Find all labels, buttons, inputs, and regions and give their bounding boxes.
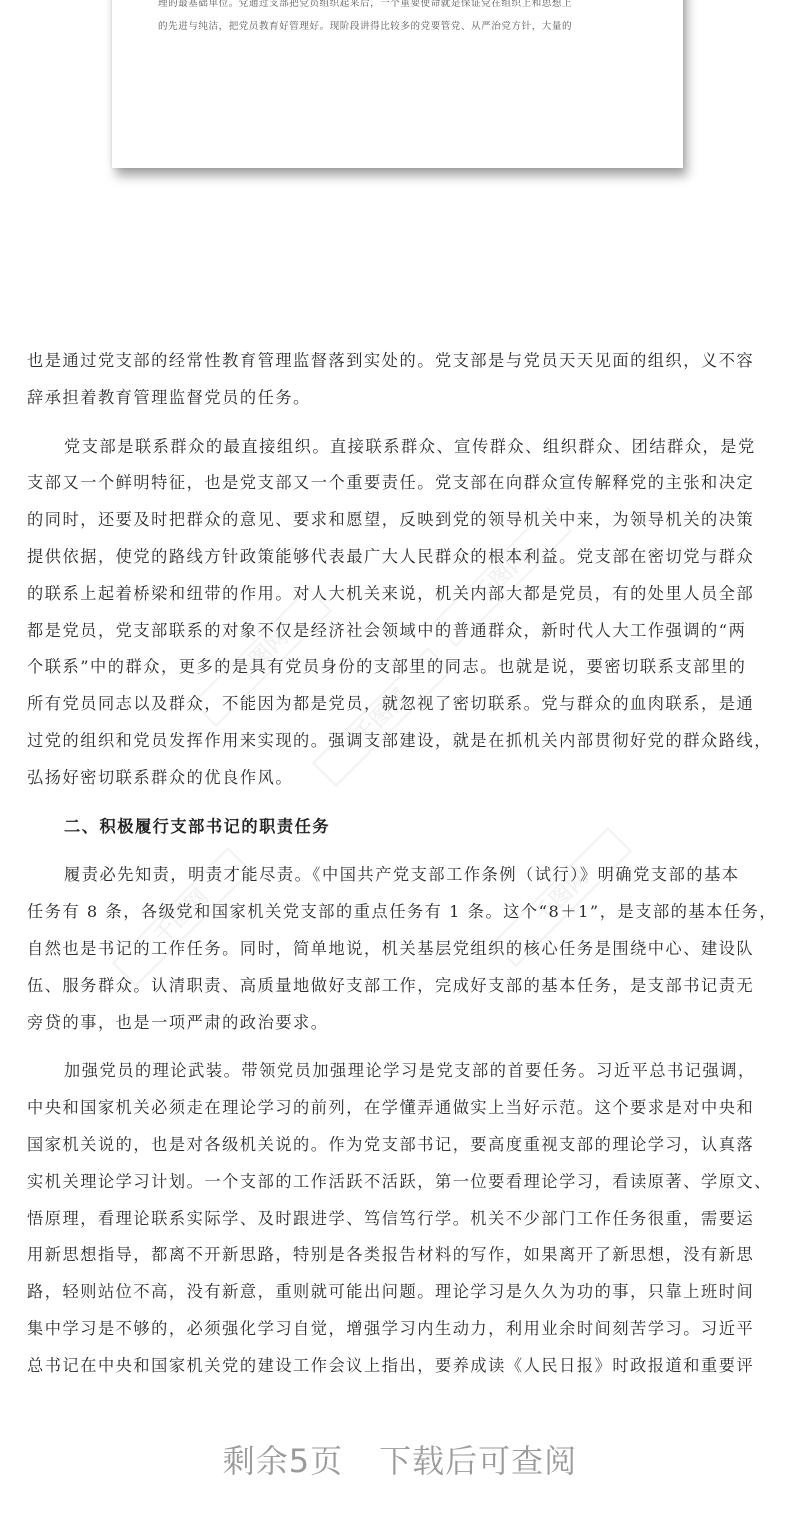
section-heading: 二、积极履行支部书记的职责任务 [27,809,775,846]
text-line: 也是通过党支部的经常性教育管理监督落到实处的。党支部是与党员天天见面的组织，义不… [27,343,775,380]
text-line: 自然也是书记的工作任务。同时，简单地说，机关基层党组织的核心任务是围绕中心、建设… [27,931,775,968]
text-line: 个联系”中的群众，更多的是具有党员身份的支部里的同志。也就是说，要密切联系支部里… [27,649,775,686]
text-line: 弘扬好密切联系群众的优良作风。 [27,760,775,797]
text-line: 履责必先知责，明责才能尽责。《中国共产党支部工作条例（试行）》明确党支部的基本 [27,857,775,894]
text-line: 辞承担着教育管理监督党员的任务。 [27,380,775,417]
remaining-pages-label: 剩余5页 [223,1436,343,1482]
text-line: 用新思想指导，都离不开新思路，特别是各类报告材料的写作，如果离开了新思想，没有新… [27,1237,775,1274]
text-line: 总书记在中央和国家机关党的建设工作会议上指出，要养成读《人民日报》时政报道和重要… [27,1348,775,1385]
download-to-view-label[interactable]: 下载后可查阅 [379,1436,577,1482]
download-to-view-banner[interactable]: 剩余5页下载后可查阅 [0,1436,800,1482]
paragraph: 加强党员的理论武装。带领党员加强理论学习是党支部的首要任务。习近平总书记强调， … [27,1053,775,1384]
text-line: 的同时，还要及时把群众的意见、要求和愿望，反映到党的领导机关中来，为领导机关的决… [27,502,775,539]
document-body: 也是通过党支部的经常性教育管理监督落到实处的。党支部是与党员天天见面的组织，义不… [27,343,775,1385]
text-line: 过党的组织和党员发挥作用来实现的。强调支部建设，就是在抓机关内部贯彻好党的群众路… [27,723,775,760]
paragraph: 也是通过党支部的经常性教育管理监督落到实处的。党支部是与党员天天见面的组织，义不… [27,343,775,417]
text-line: 旁贷的事，也是一项严肃的政治要求。 [27,1005,775,1042]
text-line: 任务有 8 条，各级党和国家机关党支部的重点任务有 1 条。这个“8＋1”，是支… [27,894,775,931]
preview-card-text: 理的最基础单位。党通过支部把党员组织起来后，一个重要使命就是保证党在组织上和思想… [158,0,645,38]
text-line: 所有党员同志以及群众，不能因为都是党员，就忽视了密切联系。党与群众的血肉联系，是… [27,686,775,723]
preview-card-line: 的先进与纯洁，把党员教育好管理好。现阶段讲得比较多的党要管党、从严治党方针，大量… [158,15,645,38]
paragraph: 履责必先知责，明责才能尽责。《中国共产党支部工作条例（试行）》明确党支部的基本 … [27,857,775,1041]
text-line: 伍、服务群众。认清职责、高质量地做好支部工作，完成好支部的基本任务，是支部书记责… [27,968,775,1005]
preview-card-line: 理的最基础单位。党通过支部把党员组织起来后，一个重要使命就是保证党在组织上和思想… [158,0,645,15]
text-line: 实机关理论学习计划。一个支部的工作活跃不活跃，第一位要看理论学习，看读原著、学原… [27,1164,775,1201]
text-line: 提供依据，使党的路线方针政策能够代表最广大人民群众的根本利益。党支部在密切党与群… [27,539,775,576]
text-line: 悟原理，看理论联系实际学、及时跟进学、笃信笃行学。机关不少部门工作任务很重，需要… [27,1201,775,1238]
text-line: 中央和国家机关必须走在理论学习的前列，在学懂弄通做实上当好示范。这个要求是对中央… [27,1090,775,1127]
text-line: 的联系上起着桥梁和纽带的作用。对人大机关来说，机关内部大都是党员，有的处里人员全… [27,576,775,613]
text-line: 路，轻则站位不高，没有新意，重则就可能出问题。理论学习是久久为功的事，只靠上班时… [27,1274,775,1311]
text-line: 都是党员，党支部联系的对象不仅是经济社会领域中的普通群众，新时代人大工作强调的“… [27,613,775,650]
text-line: 支部又一个鲜明特征，也是党支部又一个重要责任。党支部在向群众宣传解释党的主张和决… [27,465,775,502]
text-line: 国家机关说的，也是对各级机关说的。作为党支部书记，要高度重视支部的理论学习，认真… [27,1127,775,1164]
text-line: 加强党员的理论武装。带领党员加强理论学习是党支部的首要任务。习近平总书记强调， [27,1053,775,1090]
text-line: 党支部是联系群众的最直接组织。直接联系群众、宣传群众、组织群众、团结群众，是党 [27,429,775,466]
text-line: 集中学习是不够的，必须强化学习自觉，增强学习内生动力，利用业余时间刻苦学习。习近… [27,1311,775,1348]
preview-page-card: 理的最基础单位。党通过支部把党员组织起来后，一个重要使命就是保证党在组织上和思想… [112,0,683,168]
paragraph: 党支部是联系群众的最直接组织。直接联系群众、宣传群众、组织群众、团结群众，是党 … [27,429,775,797]
